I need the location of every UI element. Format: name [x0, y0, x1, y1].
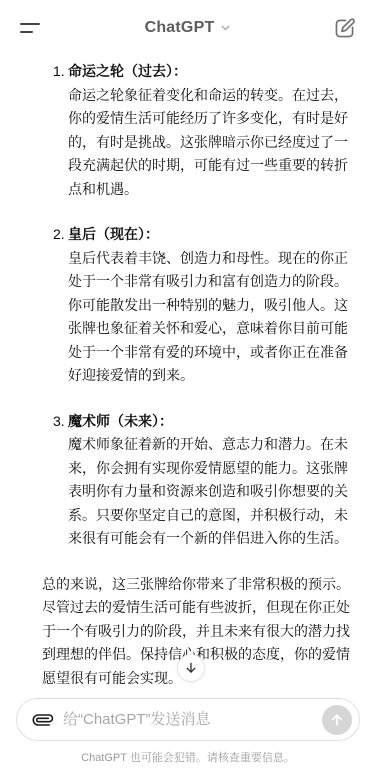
- card-heading: 皇后（现在）：: [68, 223, 352, 247]
- tarot-card-list: 1. 命运之轮（过去）： 命运之轮象征着变化和命运的转变。在过去，你的爱情生活可…: [42, 60, 352, 551]
- composer: [16, 698, 360, 741]
- send-button[interactable]: [322, 705, 352, 735]
- chevron-down-icon: [219, 22, 231, 34]
- card-heading: 魔术师（未来）：: [68, 410, 352, 434]
- disclaimer-text: ChatGPT 也可能会犯错。请核查重要信息。: [0, 749, 376, 765]
- scroll-to-bottom-button[interactable]: [177, 654, 205, 682]
- list-item: 2. 皇后（现在）： 皇后代表着丰饶、创造力和母性。现在的你正处于一个非常有吸引…: [68, 223, 352, 388]
- list-number: 1.: [53, 60, 65, 84]
- arrow-up-icon: [329, 712, 345, 728]
- card-body: 命运之轮象征着变化和命运的转变。在过去，你的爱情生活可能经历了许多变化，有时是好…: [68, 84, 352, 202]
- menu-button[interactable]: [16, 19, 44, 38]
- new-chat-icon: [333, 17, 356, 40]
- list-number: 2.: [53, 223, 65, 247]
- list-item: 1. 命运之轮（过去）： 命运之轮象征着变化和命运的转变。在过去，你的爱情生活可…: [68, 60, 352, 201]
- app-title: ChatGPT: [145, 19, 215, 37]
- card-body: 皇后代表着丰饶、创造力和母性。现在的你正处于一个非常有吸引力和富有创造力的阶段。…: [68, 247, 352, 388]
- new-chat-button[interactable]: [329, 13, 360, 44]
- arrow-down-icon: [184, 661, 198, 675]
- top-bar: ChatGPT: [0, 0, 376, 56]
- list-number: 3.: [53, 410, 65, 434]
- chatgpt-mobile-page: ChatGPT 1. 命运之轮（过去）： 命运之轮象征着变化和命运的转变。在过去…: [0, 0, 376, 769]
- list-item: 3. 魔术师（未来）： 魔术师象征着新的开始、意志力和潜力。在未来，你会拥有实现…: [68, 410, 352, 551]
- menu-icon: [20, 23, 40, 34]
- model-selector[interactable]: ChatGPT: [145, 19, 232, 37]
- card-body: 魔术师象征着新的开始、意志力和潜力。在未来，你会拥有实现你爱情愿望的能力。这张牌…: [68, 433, 352, 551]
- attach-button[interactable]: [31, 708, 55, 732]
- card-heading: 命运之轮（过去）：: [68, 60, 352, 84]
- assistant-message: 1. 命运之轮（过去）： 命运之轮象征着变化和命运的转变。在过去，你的爱情生活可…: [0, 56, 376, 690]
- message-input[interactable]: [55, 711, 322, 728]
- paperclip-icon: [33, 710, 53, 730]
